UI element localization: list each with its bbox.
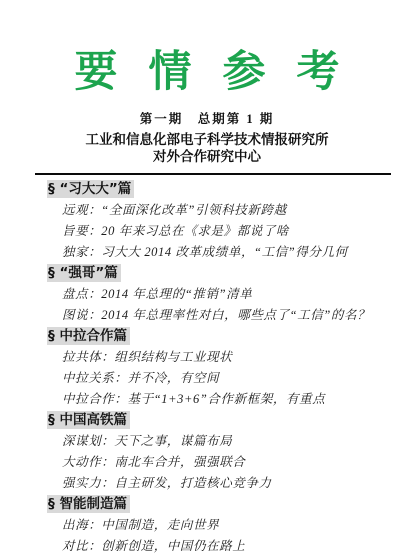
section-marker-icon: § xyxy=(48,328,55,344)
toc-item: 大动作：南北车合并，强强联合 xyxy=(47,452,414,473)
section-title: 中国高铁篇 xyxy=(59,412,127,428)
toc-item: 中拉关系：并不冷，有空间 xyxy=(47,368,414,389)
masthead: 要情参考 第一期 总期第 1 期 工业和信息化部电子科学技术情报研究所 对外合作… xyxy=(0,0,414,165)
toc-section: § “强哥”篇 盘点：2014 年总理的“推销”清单 图说：2014 年总理率性… xyxy=(47,263,414,326)
toc-item: 远观：“全面深化改革”引领科技新跨越 xyxy=(47,200,414,221)
toc-item: 强实力：自主研发，打造核心竞争力 xyxy=(47,473,414,494)
section-title: 中拉合作篇 xyxy=(59,328,127,344)
toc-item: 旨要：20 年来习总在《求是》都说了啥 xyxy=(47,221,414,242)
toc-item: 深谋划：天下之事，谋篇布局 xyxy=(47,431,414,452)
organization-name: 工业和信息化部电子科学技术情报研究所 xyxy=(0,132,414,149)
section-header: § 中拉合作篇 xyxy=(47,326,414,347)
section-header: § 智能制造篇 xyxy=(47,494,414,515)
toc-item: 中拉合作：基于“1+3+6”合作新框架，有重点 xyxy=(47,389,414,410)
table-of-contents: § “习大大”篇 远观：“全面深化改革”引领科技新跨越 旨要：20 年来习总在《… xyxy=(47,179,414,556)
toc-item: 出海：中国制造，走向世界 xyxy=(47,515,414,536)
section-marker-icon: § xyxy=(48,412,55,428)
document-page: 要情参考 第一期 总期第 1 期 工业和信息化部电子科学技术情报研究所 对外合作… xyxy=(0,0,414,556)
toc-item: 图说：2014 年总理率性对白，哪些点了“工信”的名？ xyxy=(47,305,414,326)
section-title: “习大大”篇 xyxy=(59,181,131,197)
toc-item: 拉共体：组织结构与工业现状 xyxy=(47,347,414,368)
toc-section: § 智能制造篇 出海：中国制造，走向世界 对比：创新创造，中国仍在路上 xyxy=(47,494,414,556)
organization-block: 工业和信息化部电子科学技术情报研究所 对外合作研究中心 xyxy=(0,132,414,165)
section-marker-icon: § xyxy=(48,181,55,197)
section-header: § “习大大”篇 xyxy=(47,179,414,200)
publication-title: 要情参考 xyxy=(0,46,414,98)
section-title: “强哥”篇 xyxy=(59,265,117,281)
section-marker-icon: § xyxy=(48,496,55,512)
issue-line: 第一期 总期第 1 期 xyxy=(0,109,414,127)
toc-item: 盘点：2014 年总理的“推销”清单 xyxy=(47,284,414,305)
toc-item: 独家：习大大 2014 改革成绩单，“工信”得分几何 xyxy=(47,242,414,263)
toc-section: § 中国高铁篇 深谋划：天下之事，谋篇布局 大动作：南北车合并，强强联合 强实力… xyxy=(47,410,414,494)
section-header: § 中国高铁篇 xyxy=(47,410,414,431)
toc-section: § “习大大”篇 远观：“全面深化改革”引领科技新跨越 旨要：20 年来习总在《… xyxy=(47,179,414,263)
organization-department: 对外合作研究中心 xyxy=(0,149,414,166)
toc-section: § 中拉合作篇 拉共体：组织结构与工业现状 中拉关系：并不冷，有空间 中拉合作：… xyxy=(47,326,414,410)
section-header: § “强哥”篇 xyxy=(47,263,414,284)
section-title: 智能制造篇 xyxy=(59,496,127,512)
header-divider xyxy=(35,173,391,175)
toc-item: 对比：创新创造，中国仍在路上 xyxy=(47,536,414,556)
section-marker-icon: § xyxy=(48,265,55,281)
